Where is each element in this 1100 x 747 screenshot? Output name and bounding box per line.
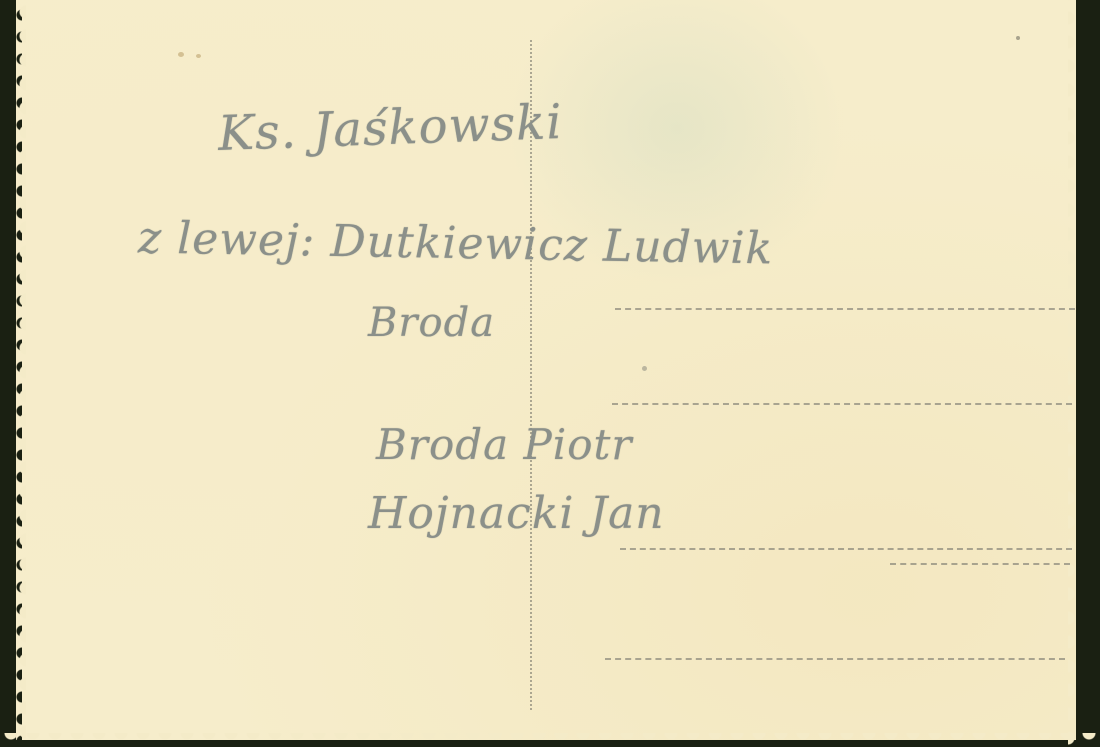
address-line-1 bbox=[615, 308, 1075, 310]
paper-speck bbox=[1016, 36, 1020, 40]
paper-speck bbox=[642, 366, 647, 371]
handwriting-broda: Broda bbox=[368, 300, 495, 346]
address-line-5 bbox=[605, 658, 1065, 660]
address-line-4 bbox=[890, 563, 1070, 565]
handwriting-broda-piotr: Broda Piotr bbox=[376, 420, 632, 469]
paper-speck bbox=[178, 52, 184, 57]
address-line-3 bbox=[620, 548, 1072, 550]
handwriting-hojnacki-jan: Hojnacki Jan bbox=[368, 488, 665, 539]
paper-speck bbox=[196, 54, 201, 58]
address-line-2 bbox=[612, 403, 1072, 405]
photo-scan: Ks. Jaśkowski z lewej: Dutkiewicz Ludwik… bbox=[0, 0, 1100, 747]
